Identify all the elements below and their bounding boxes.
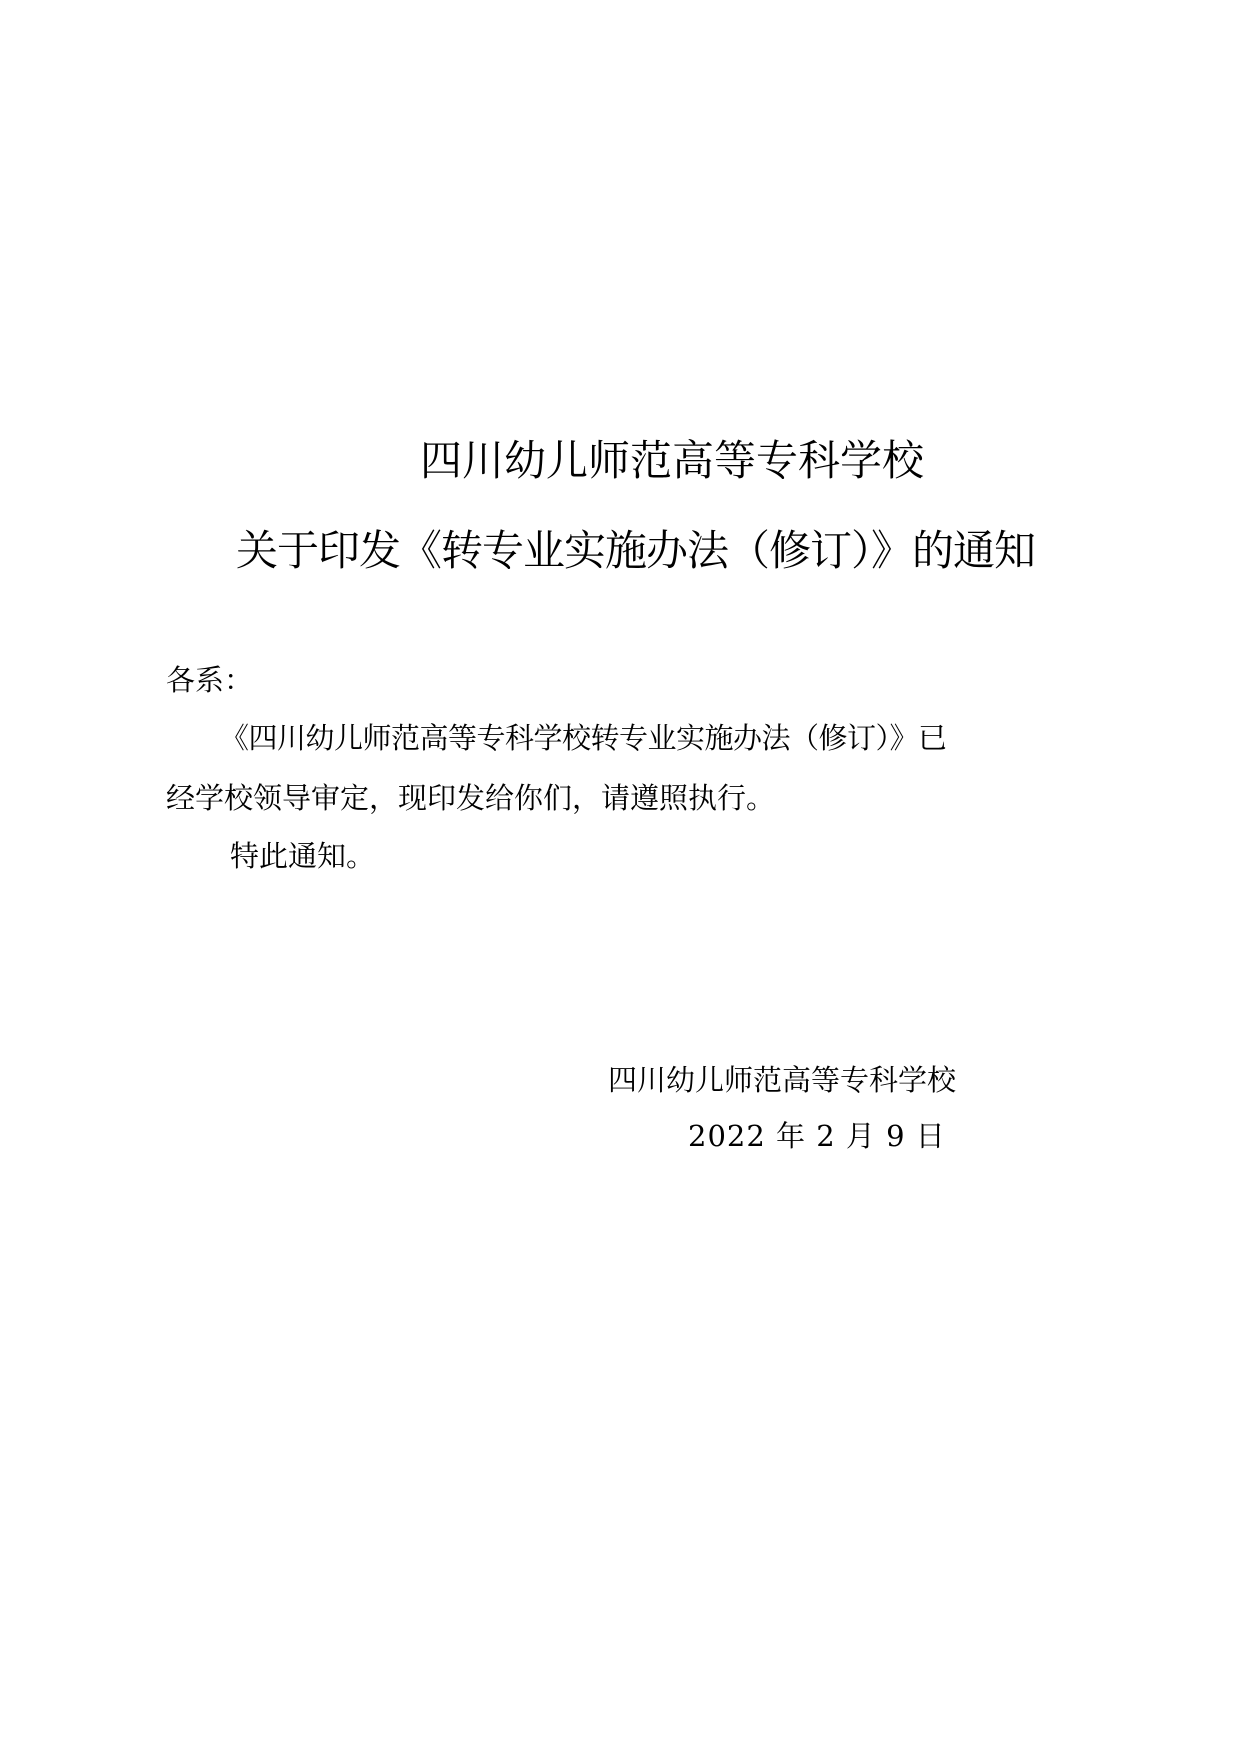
closing-remark: 特此通知。 (230, 838, 375, 874)
signature-organization: 四川幼儿师范高等专科学校 (608, 1062, 956, 1098)
body-paragraph-line-1: 《四川幼儿师范高等专科学校转专业实施办法（修订）》已 (220, 720, 947, 756)
body-paragraph-line-2: 经学校领导审定，现印发给你们，请遵照执行。 (166, 780, 775, 816)
signature-date: 2022 年 2 月 9 日 (688, 1118, 946, 1154)
title-line-2: 关于印发《转专业实施办法（修订）》的通知 (236, 526, 1035, 576)
salutation: 各系： (166, 662, 253, 698)
title-line-1: 四川幼儿师范高等专科学校 (420, 436, 924, 486)
document-page: 四川幼儿师范高等专科学校 关于印发《转专业实施办法（修订）》的通知 各系： 《四… (0, 0, 1239, 1752)
